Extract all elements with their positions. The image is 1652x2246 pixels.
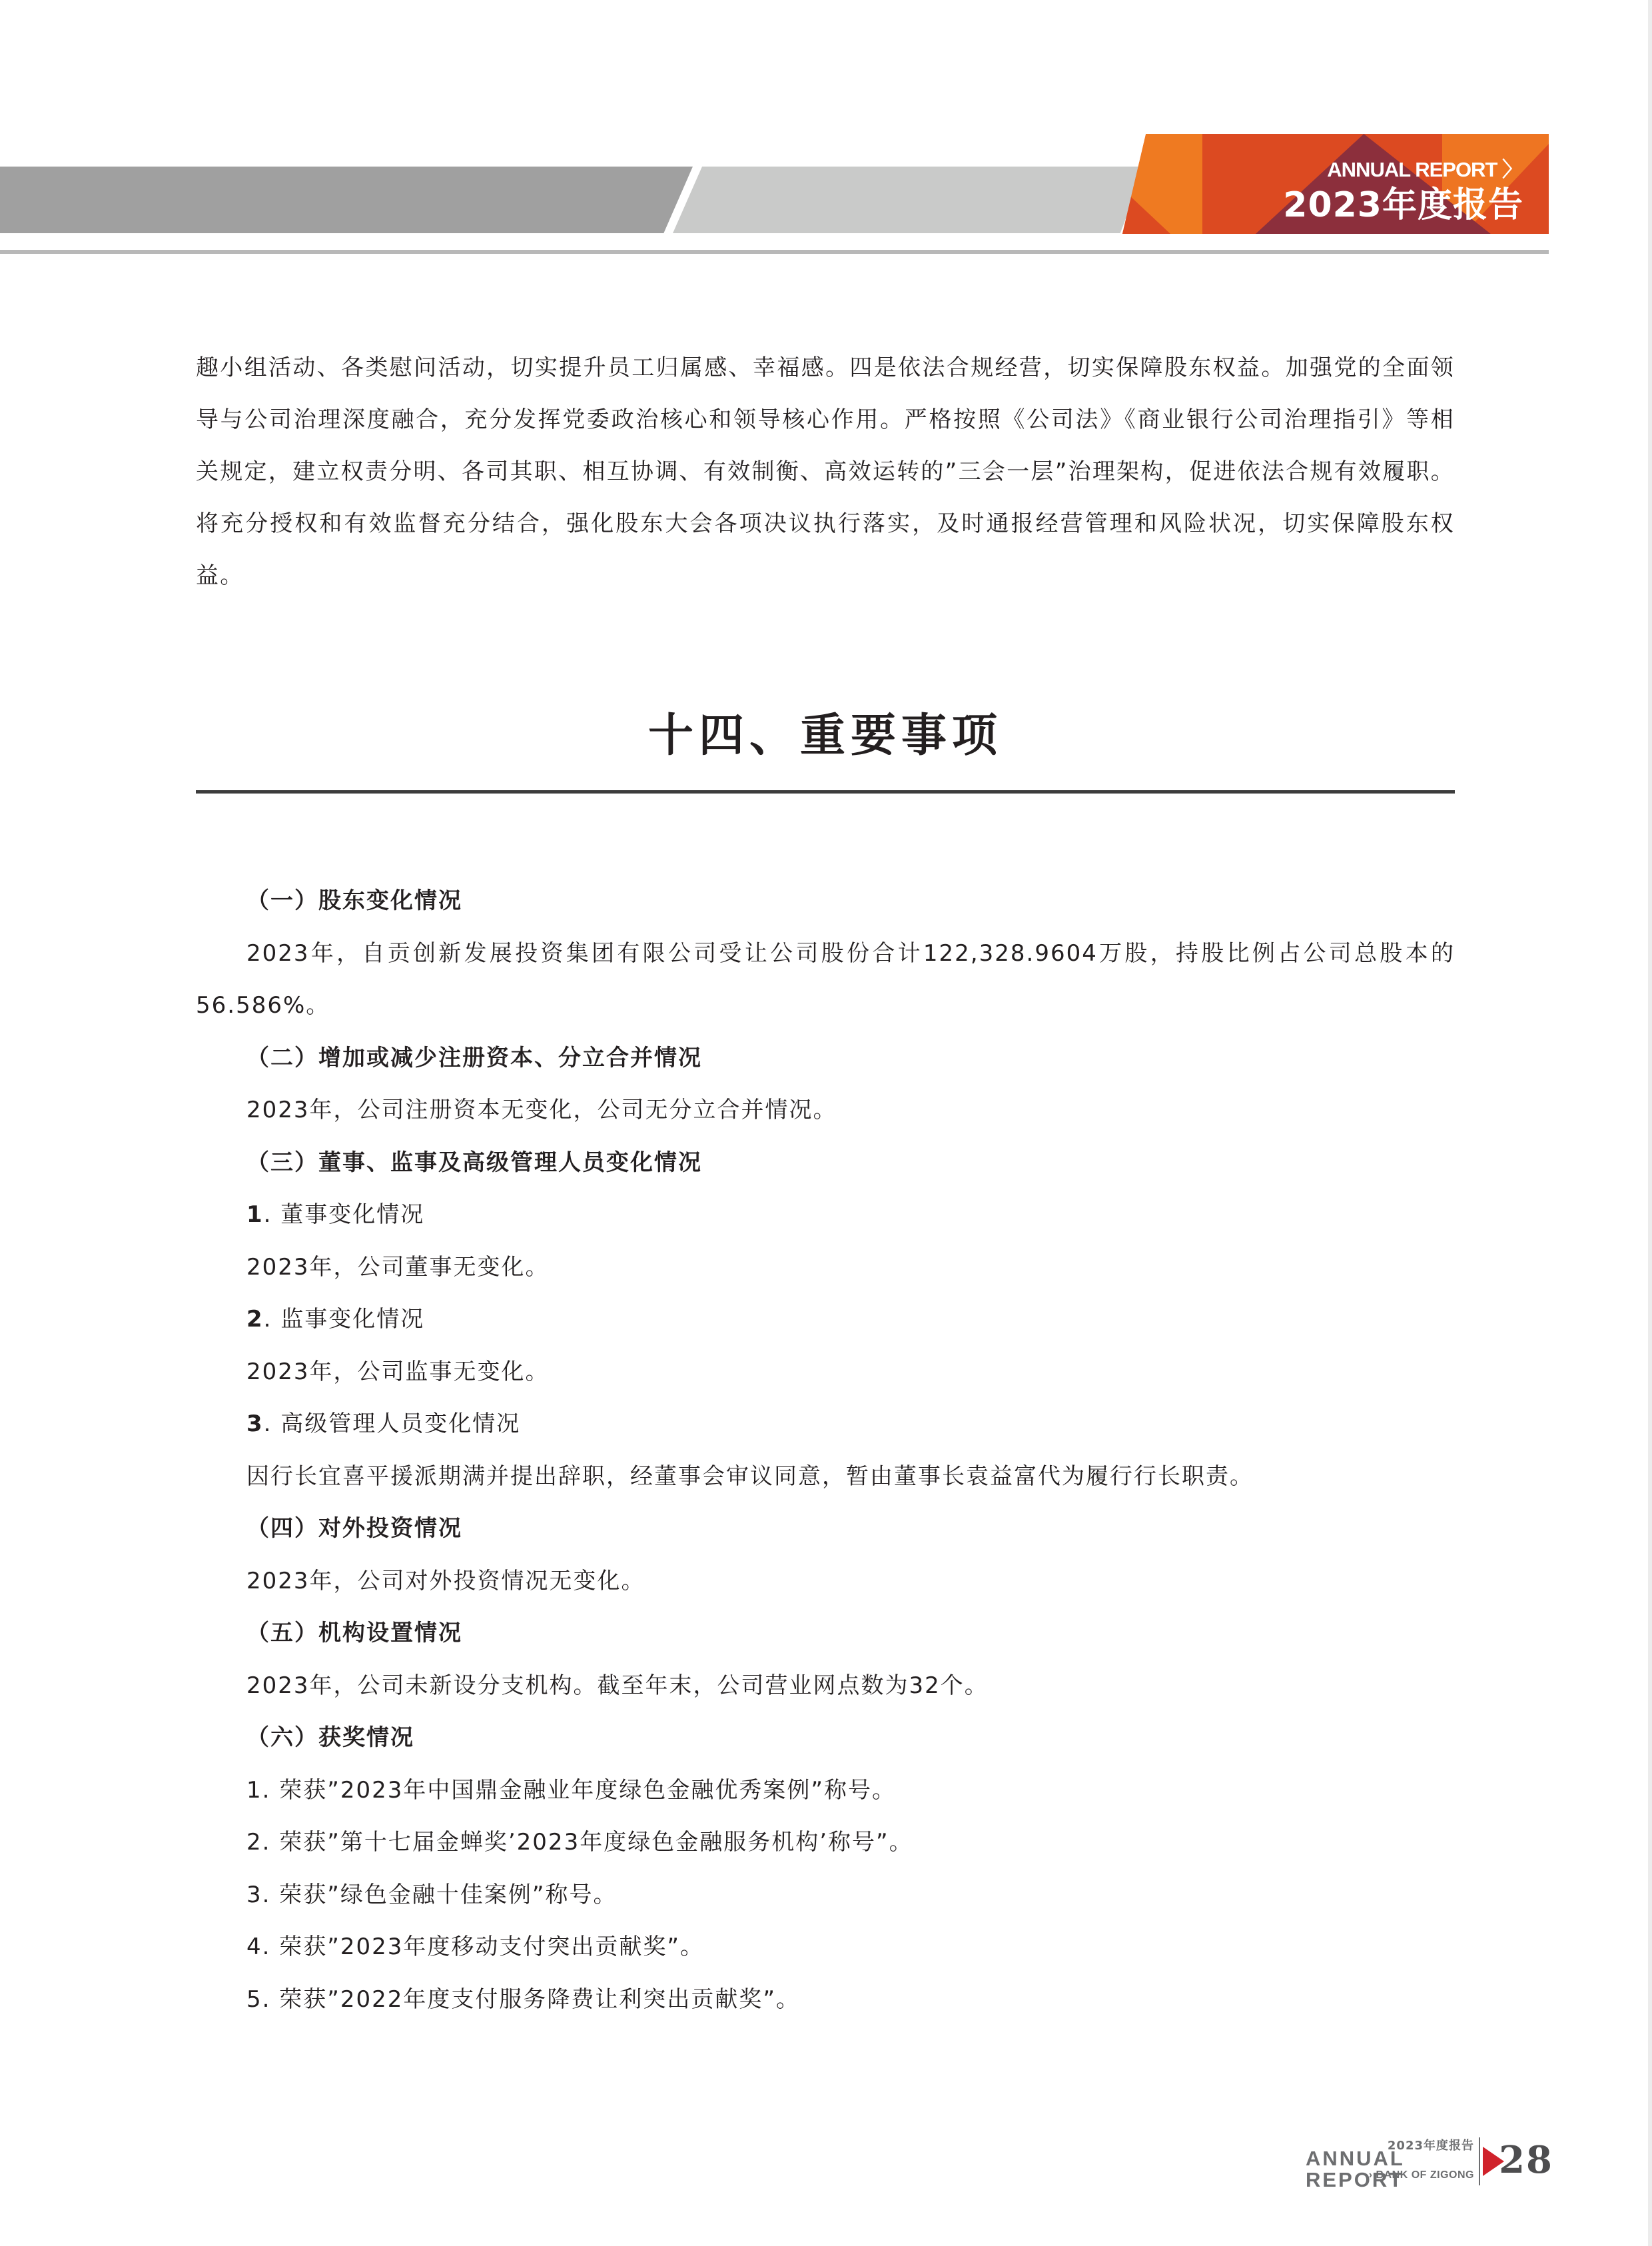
item-label: . 董事变化情况	[264, 1201, 425, 1228]
item-number: 1	[246, 1201, 264, 1228]
award-item: 5. 荣获”2022年度支付服务降费让利突出贡献奖”。	[196, 1973, 1455, 2026]
subsection-heading: （三）董事、监事及高级管理人员变化情况	[196, 1137, 1455, 1189]
item-number: 2	[246, 1306, 264, 1333]
annual-report-badge: ANNUAL REPORT 〉 2023年度报告	[1122, 134, 1549, 234]
intro-paragraph: 趣小组活动、各类慰问活动，切实提升员工归属感、幸福感。四是依法合规经营，切实保障…	[196, 342, 1455, 602]
intro-block: 趣小组活动、各类慰问活动，切实提升员工归属感、幸福感。四是依法合规经营，切实保障…	[196, 342, 1455, 602]
item-label: . 高级管理人员变化情况	[264, 1410, 521, 1437]
subsection-heading: （二）增加或减少注册资本、分立合并情况	[196, 1032, 1455, 1085]
award-item: 4. 荣获”2023年度移动支付突出贡献奖”。	[196, 1921, 1455, 1973]
subsection-heading: （四）对外投资情况	[196, 1502, 1455, 1555]
award-item: 1. 荣获”2023年中国鼎金融业年度绿色金融优秀案例”称号。	[196, 1764, 1455, 1817]
page-header: ANNUAL REPORT 〉 2023年度报告	[0, 0, 1652, 267]
subsection-heading: （一）股东变化情况	[196, 875, 1455, 927]
subsection-body: 2023年，公司对外投资情况无变化。	[196, 1555, 1455, 1608]
page-footer: 2023年度报告 ANNUAL REPORT › BANK OF ZIGONG …	[1306, 2132, 1559, 2192]
numbered-heading: 3. 高级管理人员变化情况	[196, 1398, 1455, 1450]
section-body: （一）股东变化情况 2023年，自贡创新发展投资集团有限公司受让公司股份合计12…	[196, 875, 1455, 2025]
award-item: 3. 荣获”绿色金融十佳案例”称号。	[196, 1869, 1455, 1922]
award-item: 2. 荣获”第十七届金蝉奖’2023年度绿色金融服务机构’称号”。	[196, 1816, 1455, 1869]
footer-bank-name: › BANK OF ZIGONG	[1369, 2169, 1474, 2181]
badge-title-zh: 2023年度报告	[1283, 177, 1523, 227]
section-title: 十四、重要事项	[196, 700, 1455, 764]
subsection-body: 2023年，公司注册资本无变化，公司无分立合并情况。	[196, 1084, 1455, 1137]
subsection-heading: （五）机构设置情况	[196, 1607, 1455, 1660]
page-number: 28	[1499, 2140, 1553, 2180]
numbered-heading: 2. 监事变化情况	[196, 1293, 1455, 1346]
item-number: 3	[246, 1410, 264, 1437]
subsection-body: 2023年，自贡创新发展投资集团有限公司受让公司股份合计122,328.9604…	[196, 927, 1455, 1032]
section-rule	[196, 790, 1455, 794]
item-label: . 监事变化情况	[264, 1306, 425, 1333]
subsection-body: 2023年，公司董事无变化。	[196, 1241, 1455, 1294]
subsection-body: 2023年，公司监事无变化。	[196, 1346, 1455, 1399]
numbered-heading: 1. 董事变化情况	[196, 1189, 1455, 1241]
header-rule	[0, 250, 1549, 254]
subsection-heading: （六）获奖情况	[196, 1712, 1455, 1764]
subsection-body: 2023年，公司未新设分支机构。截至年末，公司营业网点数为32个。	[196, 1660, 1455, 1712]
footer-divider	[1479, 2137, 1480, 2185]
header-band-dark	[0, 167, 693, 233]
subsection-body: 因行长宜喜平援派期满并提出辞职，经董事会审议同意，暂由董事长袁益富代为履行行长职…	[196, 1450, 1455, 1503]
header-band-light	[673, 167, 1146, 233]
